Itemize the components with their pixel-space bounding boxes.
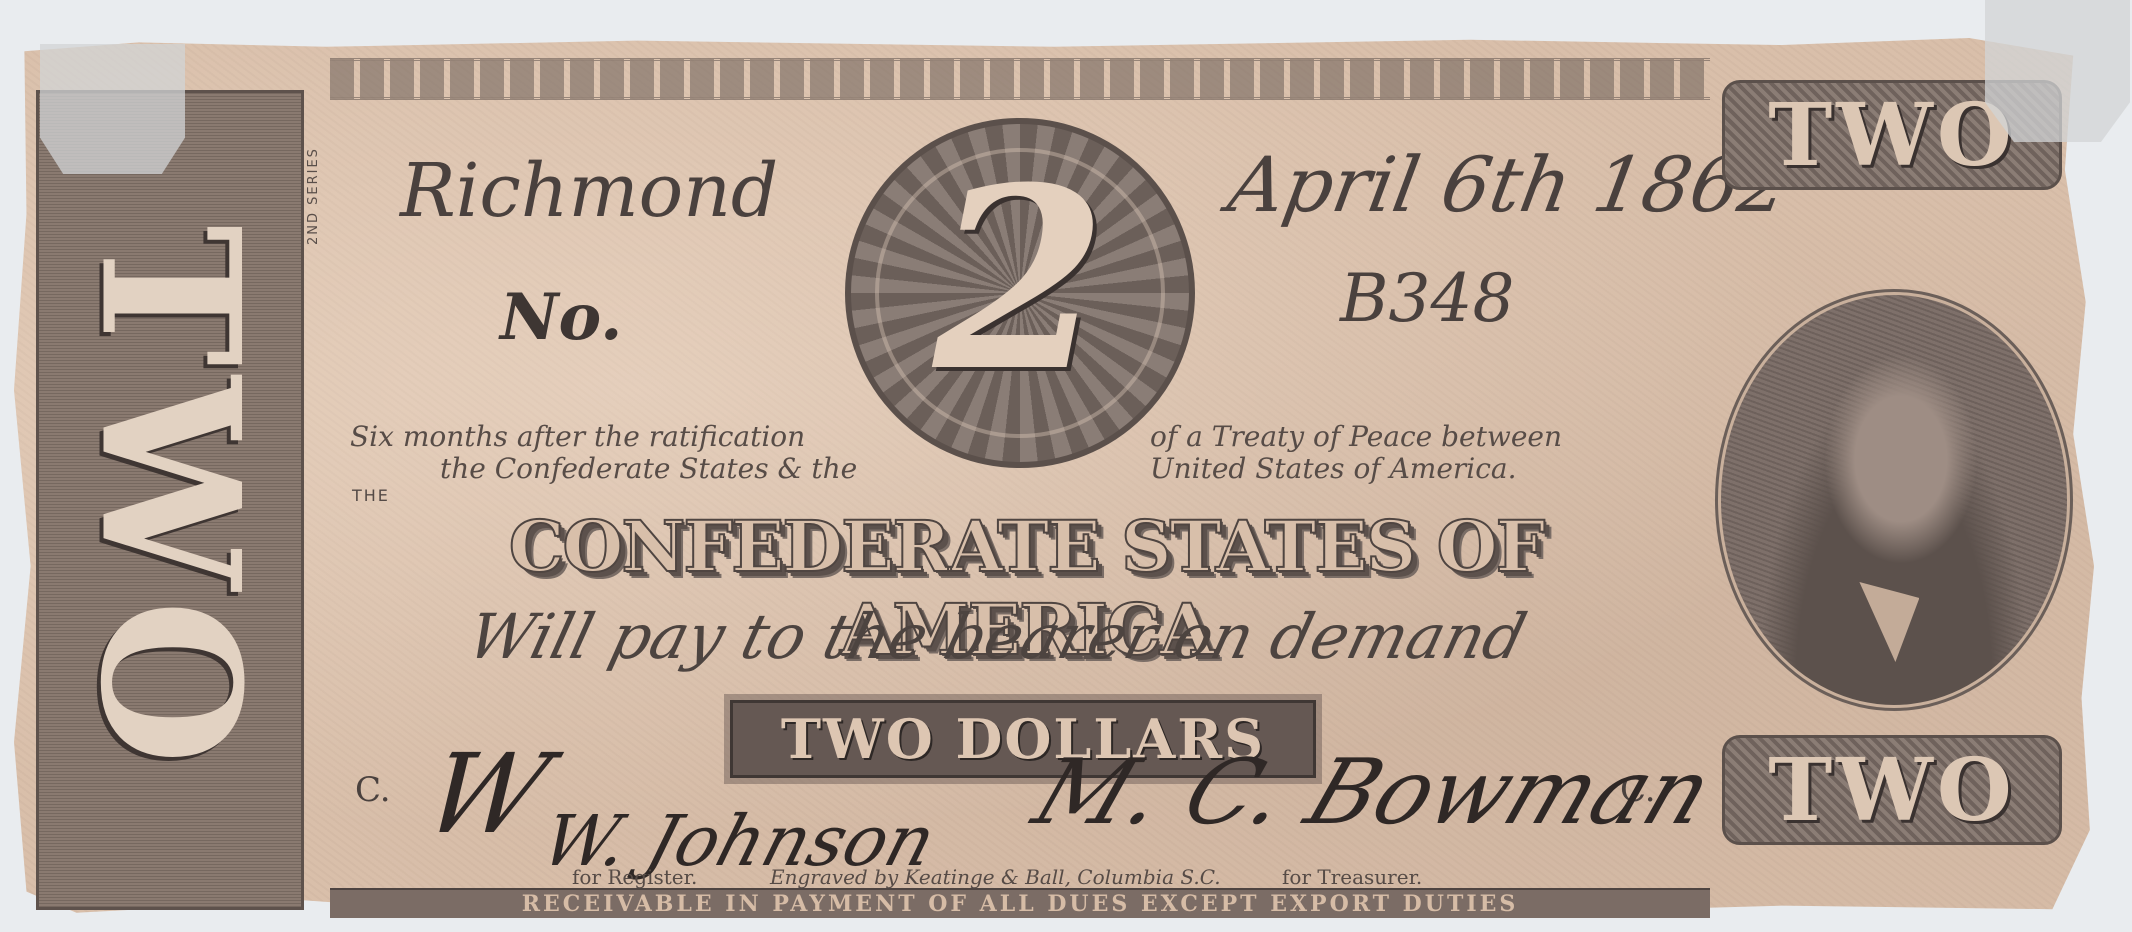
pay-line: Will pay to the bearer on demand [461, 600, 1533, 673]
portrait-collar [1859, 582, 1919, 662]
treasurer-label: for Treasurer. [1282, 865, 1422, 889]
promise-line-1b: of a Treaty of Peace between [1150, 420, 1562, 453]
treasurer-signature: M. C. Bowman [1021, 740, 1726, 845]
issue-date: April 6th 1862 [1222, 140, 1796, 229]
left-denomination-panel: TWO [36, 90, 304, 910]
bottom-right-denomination-panel: TWO [1722, 735, 2062, 845]
series-label: 2ND SERIES [306, 147, 321, 245]
left-denomination-word: TWO [59, 225, 282, 775]
bottom-band-text: RECEIVABLE IN PAYMENT OF ALL DUES EXCEPT… [522, 891, 1519, 917]
bottom-right-denomination-word: TWO [1768, 740, 2016, 841]
top-right-denomination-word: TWO [1768, 85, 2016, 186]
tape-corner-right [1985, 0, 2130, 142]
place-text: Richmond [400, 148, 778, 234]
issuer-prefix: THE [352, 486, 390, 505]
register-label: for Register. [572, 865, 697, 889]
denomination-numeral: 2 [851, 154, 1189, 404]
promise-line-1a: Six months after the ratification [350, 420, 805, 453]
serial-number: B348 [1340, 260, 1514, 337]
portrait-vignette [1718, 292, 2070, 708]
number-label: No. [500, 280, 622, 355]
tape-corner-left [40, 44, 185, 174]
bottom-border-band: RECEIVABLE IN PAYMENT OF ALL DUES EXCEPT… [330, 888, 1710, 918]
promise-line-2a: the Confederate States & the [440, 452, 857, 485]
engraver-imprint: Engraved by Keatinge & Ball, Columbia S.… [770, 865, 1221, 889]
promise-line-2b: United States of America. [1150, 452, 1517, 485]
denomination-medallion: 2 [845, 118, 1195, 468]
top-border-band [330, 58, 1710, 100]
plate-letter-left: C. [355, 770, 391, 810]
